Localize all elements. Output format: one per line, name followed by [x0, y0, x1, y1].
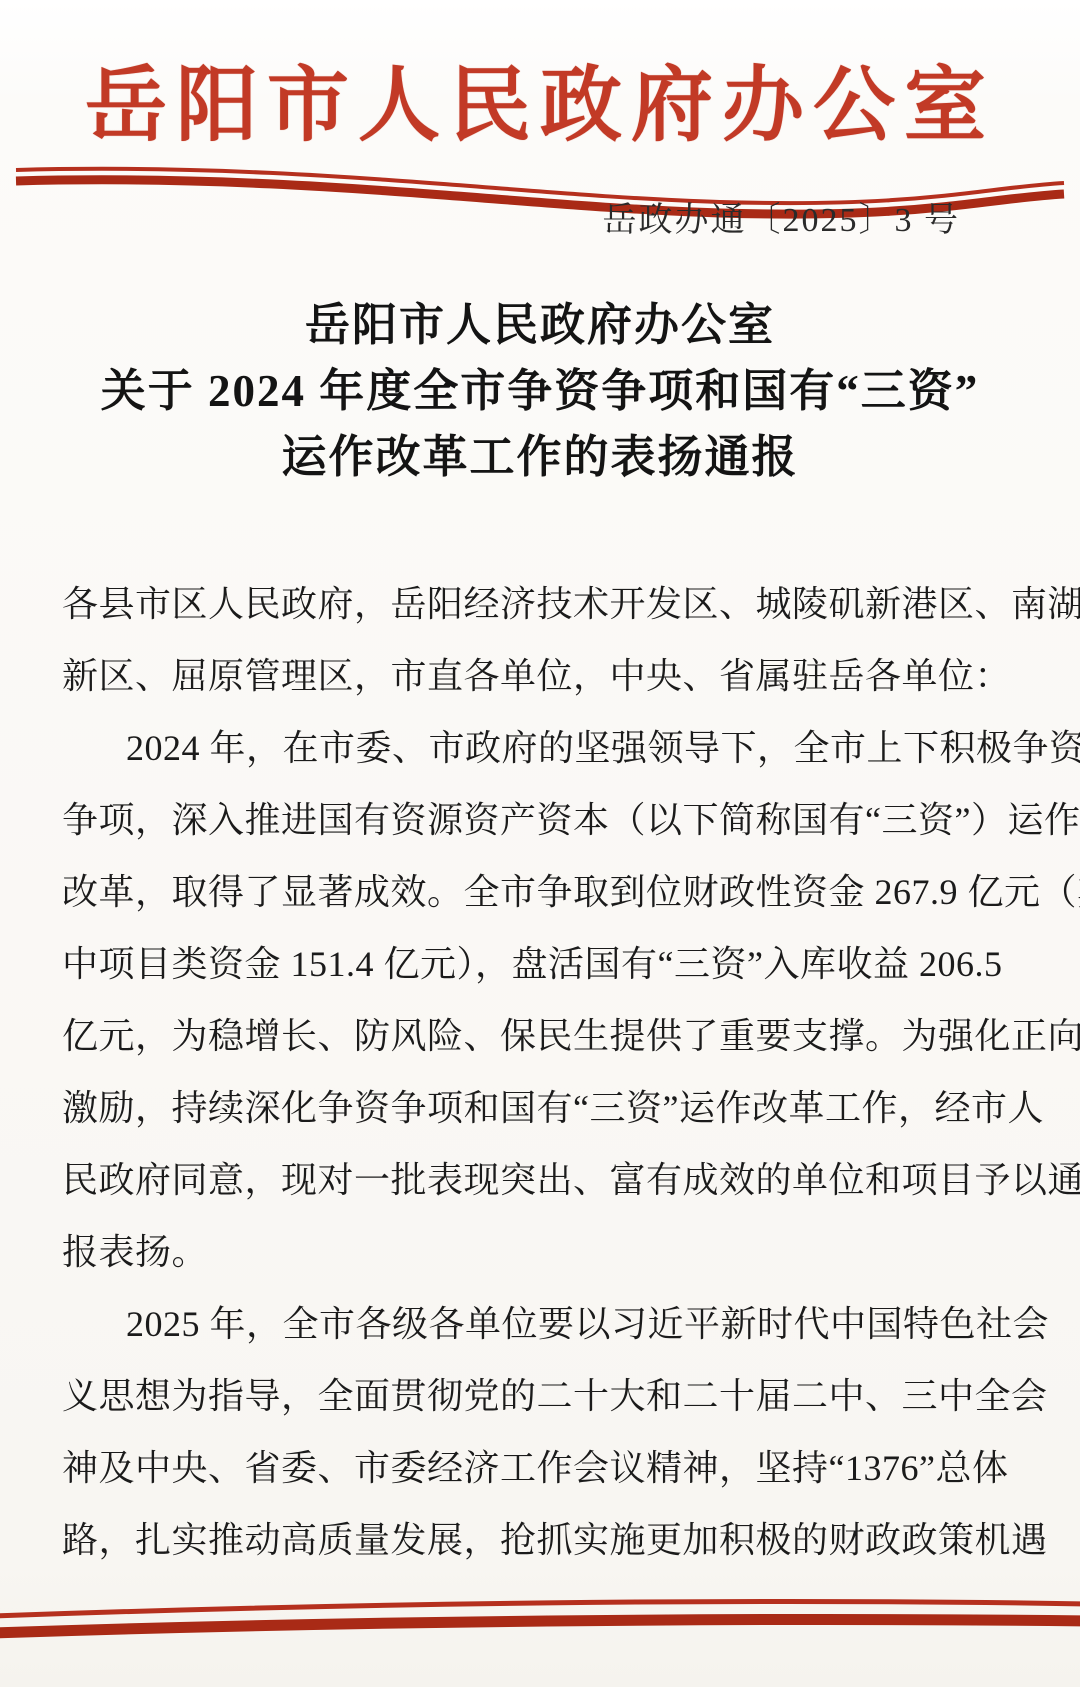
body-line: 中项目类资金 151.4 亿元），盘活国有“三资”入库收益 206.5 — [62, 928, 1080, 1000]
body-line: 报表扬。 — [62, 1216, 1080, 1288]
document-number: 岳政办通〔2025〕3 号 — [603, 192, 961, 241]
document-page: 岳阳市人民政府办公室 岳政办通〔2025〕3 号 岳阳市人民政府办公室关于 20… — [0, 0, 1080, 1687]
body-line: 激励，持续深化争资争项和国有“三资”运作改革工作，经市人 — [62, 1072, 1080, 1144]
body-line: 争项，深入推进国有资源资产资本（以下简称国有“三资”）运作 — [62, 784, 1080, 856]
body-line: 2025 年，全市各级各单位要以习近平新时代中国特色社会 — [62, 1288, 1080, 1360]
body-line: 亿元，为稳增长、防风险、保民生提供了重要支撑。为强化正向 — [62, 1000, 1080, 1072]
body-line: 路，扎实推动高质量发展，抢抓实施更加积极的财政政策机遇 — [62, 1504, 1080, 1576]
body-line: 民政府同意，现对一批表现突出、富有成效的单位和项目予以通 — [62, 1144, 1080, 1216]
body-line: 新区、屈原管理区，市直各单位，中央、省属驻岳各单位： — [62, 640, 1080, 712]
body-line: 义思想为指导，全面贯彻党的二十大和二十届二中、三中全会 — [62, 1360, 1080, 1432]
body-line: 各县市区人民政府，岳阳经济技术开发区、城陵矶新港区、南湖 — [62, 568, 1080, 640]
title-line: 运作改革工作的表扬通报 — [0, 424, 1080, 490]
title-line: 岳阳市人民政府办公室 — [0, 292, 1080, 358]
body-line: 神及中央、省委、市委经济工作会议精神，坚持“1376”总体 — [62, 1432, 1080, 1504]
body-line: 改革，取得了显著成效。全市争取到位财政性资金 267.9 亿元（其 — [62, 856, 1080, 928]
document-title: 岳阳市人民政府办公室关于 2024 年度全市争资争项和国有“三资”运作改革工作的… — [0, 292, 1080, 490]
body-line: 2024 年，在市委、市政府的坚强领导下，全市上下积极争资 — [62, 712, 1080, 784]
red-double-divider-bottom — [0, 1590, 1080, 1654]
title-line: 关于 2024 年度全市争资争项和国有“三资” — [0, 358, 1080, 424]
document-body: 各县市区人民政府，岳阳经济技术开发区、城陵矶新港区、南湖新区、屈原管理区，市直各… — [62, 568, 1080, 1576]
letterhead-title: 岳阳市人民政府办公室 — [0, 40, 1080, 157]
